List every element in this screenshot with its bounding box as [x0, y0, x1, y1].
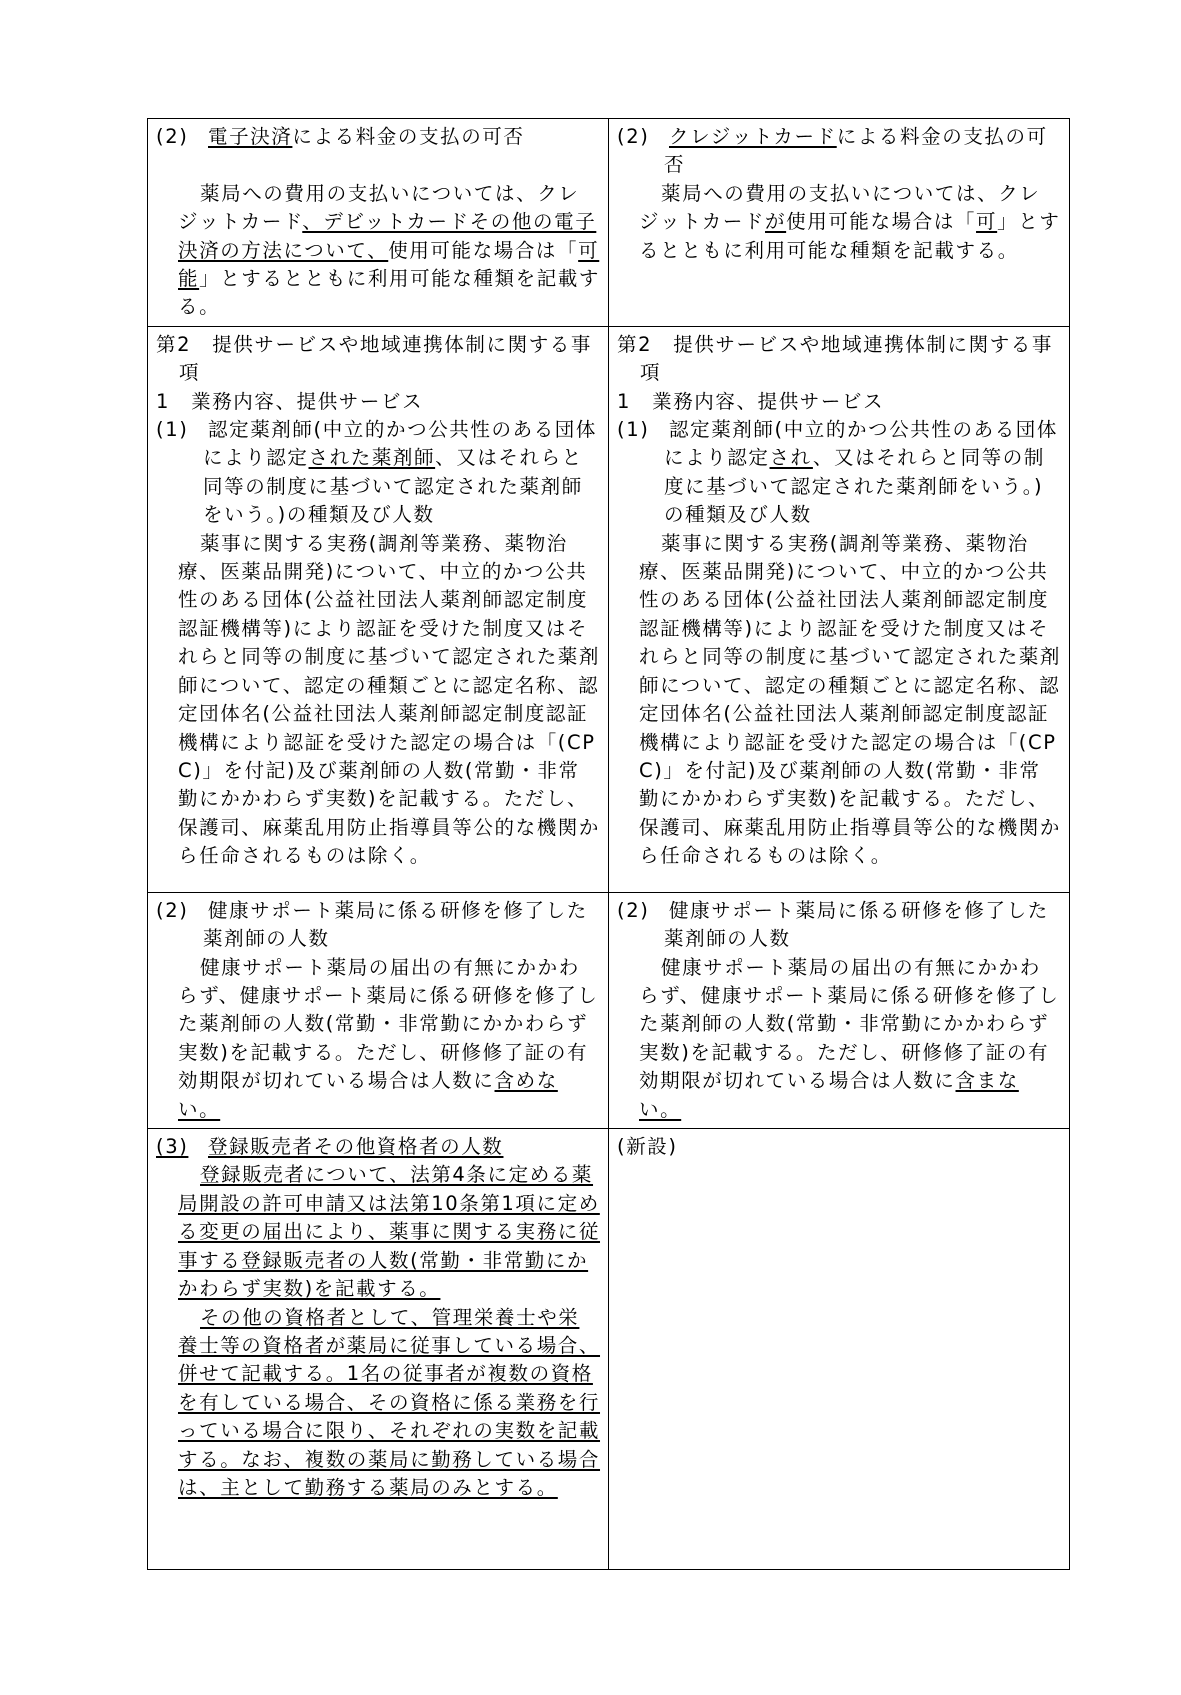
amended-text: 可	[976, 210, 997, 233]
current-cell: 第2 提供サービスや地域連携体制に関する事項 1 業務内容、提供サービス (1)…	[609, 326, 1070, 892]
revised-cell: 第2 提供サービスや地域連携体制に関する事項 1 業務内容、提供サービス (1)…	[148, 326, 609, 892]
section-heading: 第2 提供サービスや地域連携体制に関する事項	[156, 331, 600, 388]
revised-cell: (2)電子決済による料金の支払の可否 薬局への費用の支払いについては、クレジット…	[148, 119, 609, 327]
item-body: 薬事に関する実務(調剤等業務、薬物治療、医薬品開発)について、中立的かつ公共性の…	[156, 530, 600, 871]
table-row: (3)登録販売者その他資格者の人数 登録販売者について、法第4条に定める薬局開設…	[148, 1129, 1070, 1570]
table-row: (2)健康サポート薬局に係る研修を修了した薬剤師の人数 健康サポート薬局の届出の…	[148, 892, 1070, 1128]
amended-text: された薬剤師	[309, 446, 436, 469]
item-body: その他の資格者として、管理栄養士や栄養士等の資格者が薬局に従事している場合、併せ…	[156, 1304, 600, 1503]
table-row: 第2 提供サービスや地域連携体制に関する事項 1 業務内容、提供サービス (1)…	[148, 326, 1070, 892]
amended-text: が	[765, 210, 786, 233]
item-heading: (3)登録販売者その他資格者の人数	[156, 1133, 600, 1161]
current-cell: (2)健康サポート薬局に係る研修を修了した薬剤師の人数 健康サポート薬局の届出の…	[609, 892, 1070, 1128]
item-body: 薬事に関する実務(調剤等業務、薬物治療、医薬品開発)について、中立的かつ公共性の…	[617, 530, 1061, 871]
item-heading: (1)認定薬剤師(中立的かつ公共性のある団体により認定された薬剤師、又はそれらと…	[156, 416, 600, 530]
new-provision-note: (新設)	[617, 1133, 1061, 1161]
amended-text: その他の資格者として、管理栄養士や栄養士等の資格者が薬局に従事している場合、併せ…	[178, 1306, 600, 1499]
revised-cell: (3)登録販売者その他資格者の人数 登録販売者について、法第4条に定める薬局開設…	[148, 1129, 609, 1570]
item-body: 登録販売者について、法第4条に定める薬局開設の許可申請又は法第10条第1項に定め…	[156, 1161, 600, 1303]
item-body: 健康サポート薬局の届出の有無にかかわらず、健康サポート薬局に係る研修を修了した薬…	[156, 954, 600, 1124]
item-heading: (2)クレジットカードによる料金の支払の可否	[617, 123, 1061, 180]
current-cell: (2)クレジットカードによる料金の支払の可否 薬局への費用の支払いについては、ク…	[609, 119, 1070, 327]
amended-text: クレジットカード	[669, 125, 837, 148]
document-page: (2)電子決済による料金の支払の可否 薬局への費用の支払いについては、クレジット…	[147, 118, 1035, 1570]
amended-text: 登録販売者について、法第4条に定める薬局開設の許可申請又は法第10条第1項に定め…	[178, 1163, 600, 1300]
item-heading: (2)健康サポート薬局に係る研修を修了した薬剤師の人数	[156, 897, 600, 954]
item-body: 薬局への費用の支払いについては、クレジットカードが使用可能な場合は「可」とすると…	[617, 180, 1061, 265]
current-cell: (新設)	[609, 1129, 1070, 1570]
item-body: 薬局への費用の支払いについては、クレジットカード、デビットカードその他の電子決済…	[156, 180, 600, 322]
item-heading: (1)認定薬剤師(中立的かつ公共性のある団体により認定され、又はそれらと同等の制…	[617, 416, 1061, 530]
item-heading: (2)電子決済による料金の支払の可否	[156, 123, 600, 151]
amended-text: され	[770, 446, 813, 469]
comparison-table: (2)電子決済による料金の支払の可否 薬局への費用の支払いについては、クレジット…	[147, 118, 1070, 1570]
subsection-heading: 1 業務内容、提供サービス	[156, 388, 600, 416]
table-row: (2)電子決済による料金の支払の可否 薬局への費用の支払いについては、クレジット…	[148, 119, 1070, 327]
item-heading: (2)健康サポート薬局に係る研修を修了した薬剤師の人数	[617, 897, 1061, 954]
subsection-heading: 1 業務内容、提供サービス	[617, 388, 1061, 416]
item-body: 健康サポート薬局の届出の有無にかかわらず、健康サポート薬局に係る研修を修了した薬…	[617, 954, 1061, 1124]
revised-cell: (2)健康サポート薬局に係る研修を修了した薬剤師の人数 健康サポート薬局の届出の…	[148, 892, 609, 1128]
blank-line	[156, 151, 600, 179]
section-heading: 第2 提供サービスや地域連携体制に関する事項	[617, 331, 1061, 388]
amended-text: 電子決済	[208, 125, 292, 148]
